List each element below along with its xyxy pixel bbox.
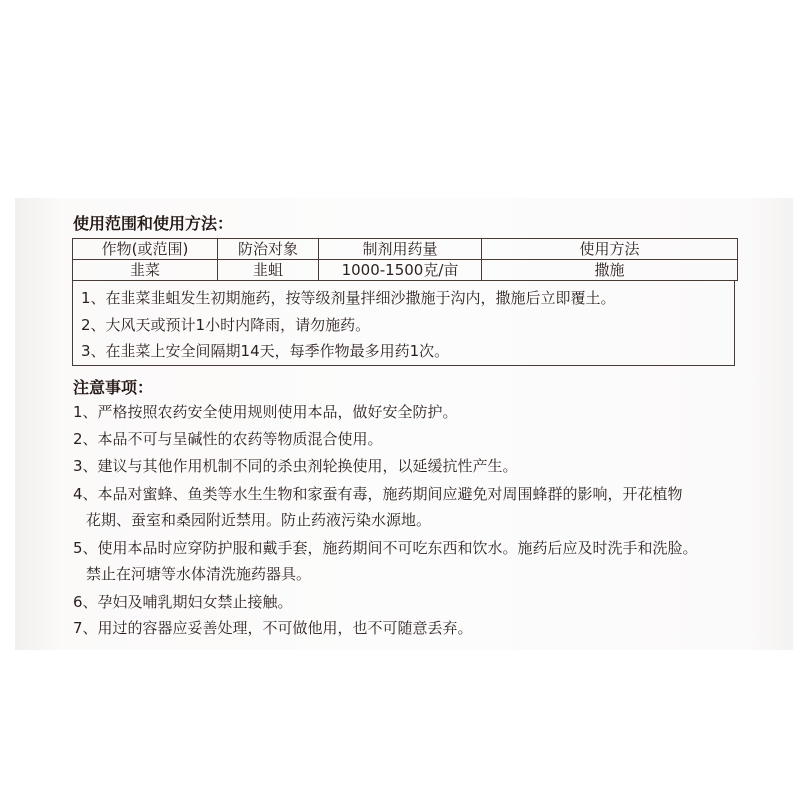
cell-crop: 韭菜 [73,260,218,281]
list-item: 6、孕妇及哺乳期妇女禁止接触。 [73,591,293,612]
instruction-line: 1、在韭菜韭蛆发生初期施药，按等级剂量拌细沙撒施于沟内，撒施后立即覆土。 [81,287,616,308]
header-application-method: 使用方法 [482,239,738,260]
header-dosage: 制剂用药量 [319,239,482,260]
table-row: 韭菜 韭蛆 1000-1500克/亩 撒施 [73,260,738,281]
instruction-line: 3、在韭菜上安全间隔期14天，每季作物最多用药1次。 [81,340,449,361]
instruction-line: 2、大风天或预计1小时内降雨，请勿施药。 [81,314,370,335]
cell-application-method: 撒施 [482,260,738,281]
usage-table: 作物(或范围) 防治对象 制剂用药量 使用方法 韭菜 韭蛆 1000-1500克… [72,238,738,281]
precautions-section-title: 注意事项： [73,375,153,398]
header-crop: 作物(或范围) [73,239,218,260]
cell-target-pest: 韭蛆 [218,260,319,281]
list-item: 4、本品对蜜蜂、鱼类等水生生物和家蚕有毒，施药期间应避免对周围蜂群的影响，开花植… [73,483,683,504]
usage-section-title: 使用范围和使用方法： [73,211,233,234]
list-item: 2、本品不可与呈碱性的农药等物质混合使用。 [73,428,383,449]
header-target-pest: 防治对象 [218,239,319,260]
list-item: 7、用过的容器应妥善处理，不可做他用，也不可随意丢弃。 [73,617,473,638]
list-item: 1、严格按照农药安全使用规则使用本品，做好安全防护。 [73,401,458,422]
list-item: 5、使用本品时应穿防护服和戴手套，施药期间不可吃东西和饮水。施药后应及时洗手和洗… [73,537,698,558]
cell-dosage: 1000-1500克/亩 [319,260,482,281]
usage-table-header-row: 作物(或范围) 防治对象 制剂用药量 使用方法 [73,239,738,260]
list-item: 3、建议与其他作用机制不同的杀虫剂轮换使用，以延缓抗性产生。 [73,455,518,476]
list-item-continuation: 禁止在河塘等水体清洗施药器具。 [86,563,311,584]
usage-instructions-box: 1、在韭菜韭蛆发生初期施药，按等级剂量拌细沙撒施于沟内，撒施后立即覆土。 2、大… [72,281,735,366]
list-item-continuation: 花期、蚕室和桑园附近禁用。防止药液污染水源地。 [86,509,431,530]
